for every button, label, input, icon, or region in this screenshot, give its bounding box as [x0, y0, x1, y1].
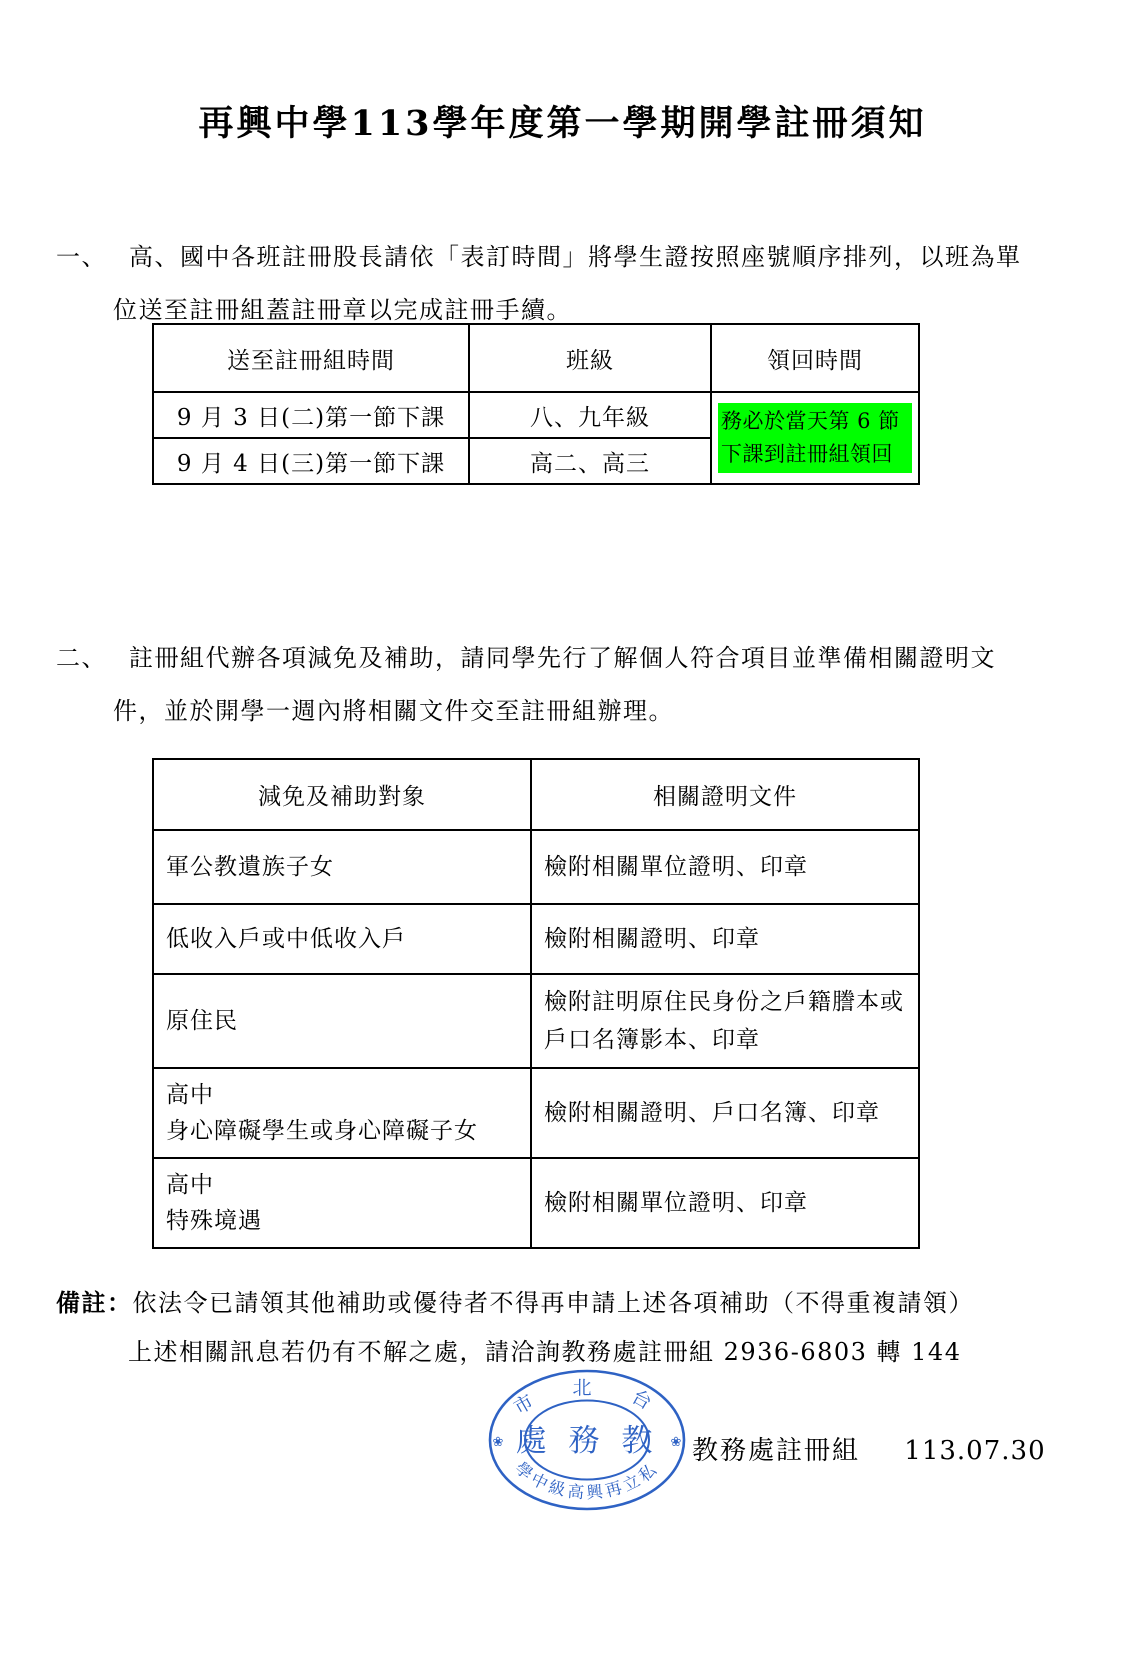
table-row: 高中 特殊境遇 檢附相關單位證明、印章	[153, 1158, 919, 1248]
table-header-row: 減免及補助對象 相關證明文件	[153, 759, 919, 830]
section-2-marker: 二、	[56, 638, 107, 673]
office-stamp: 市 北 台 處 務 教 學中級高興再立私 ❀ ❀	[486, 1368, 688, 1514]
table-row: 低收入戶或中低收入戶 檢附相關證明、印章	[153, 904, 919, 974]
table-row: 原住民 檢附註明原住民身份之戶籍謄本或 戶口名簿影本、印章	[153, 974, 919, 1068]
subsidy-target-cell: 高中 身心障礙學生或身心障礙子女	[153, 1068, 531, 1158]
required-documents-cell: 檢附註明原住民身份之戶籍謄本或 戶口名簿影本、印章	[531, 974, 919, 1068]
header-pickup-time: 領回時間	[711, 324, 919, 392]
section-2-paragraph: 二、 註冊組代辦各項減免及補助，請同學先行了解個人符合項目並準備相關證明文 件，…	[56, 638, 1076, 726]
subsidy-target-cell: 原住民	[153, 974, 531, 1068]
target-line: 特殊境遇	[166, 1203, 518, 1239]
send-time-cell: 9 月 4 日(三)第一節下課	[153, 438, 469, 484]
table-row: 9 月 3 日(二)第一節下課 八、九年級 務必於當天第 6 節 下課到註冊組領…	[153, 392, 919, 438]
doc-line: 檢附相關單位證明、印章	[544, 1185, 906, 1221]
stamp-center-text: 處 務 教	[516, 1423, 659, 1459]
send-time-cell: 9 月 3 日(二)第一節下課	[153, 392, 469, 438]
subsidy-target-cell: 低收入戶或中低收入戶	[153, 904, 531, 974]
header-required-documents: 相關證明文件	[531, 759, 919, 830]
office-stamp-icon: 市 北 台 處 務 教 學中級高興再立私 ❀ ❀	[486, 1368, 688, 1514]
table-header-row: 送至註冊組時間 班級 領回時間	[153, 324, 919, 392]
header-send-time: 送至註冊組時間	[153, 324, 469, 392]
flower-icon: ❀	[671, 1435, 682, 1450]
registration-schedule-table: 送至註冊組時間 班級 領回時間 9 月 3 日(二)第一節下課 八、九年級 務必…	[152, 323, 920, 485]
header-subsidy-target: 減免及補助對象	[153, 759, 531, 830]
doc-line: 戶口名簿影本、印章	[544, 1021, 906, 1059]
doc-line: 檢附註明原住民身份之戶籍謄本或	[544, 983, 906, 1021]
issue-date: 113.07.30	[904, 1436, 1045, 1466]
section-1-text-line-2: 位送至註冊組蓋註冊章以完成註冊手續。	[113, 290, 1076, 325]
required-documents-cell: 檢附相關單位證明、印章	[531, 830, 919, 904]
required-documents-cell: 檢附相關證明、戶口名簿、印章	[531, 1068, 919, 1158]
required-documents-cell: 檢附相關證明、印章	[531, 904, 919, 974]
target-line: 高中	[166, 1167, 518, 1203]
grade-cell: 八、九年級	[469, 392, 711, 438]
remarks-section: 備註： 依法令已請領其他補助或優待者不得再申請上述各項補助（不得重複請領） 上述…	[56, 1283, 1086, 1367]
section-1-marker: 一、	[56, 237, 107, 272]
doc-line: 檢附相關證明、印章	[544, 921, 906, 957]
table-row: 軍公教遺族子女 檢附相關單位證明、印章	[153, 830, 919, 904]
subsidy-target-cell: 軍公教遺族子女	[153, 830, 531, 904]
pickup-time-cell: 務必於當天第 6 節 下課到註冊組領回	[711, 392, 919, 484]
subsidy-target-cell: 高中 特殊境遇	[153, 1158, 531, 1248]
signature-line: 教務處註冊組 113.07.30	[692, 1430, 1046, 1467]
remarks-label: 備註：	[56, 1283, 133, 1318]
table-row: 高中 身心障礙學生或身心障礙子女 檢附相關證明、戶口名簿、印章	[153, 1068, 919, 1158]
target-line: 低收入戶或中低收入戶	[166, 921, 518, 957]
issuing-department: 教務處註冊組	[692, 1436, 860, 1466]
grade-cell: 高二、高三	[469, 438, 711, 484]
target-line: 身心障礙學生或身心障礙子女	[166, 1113, 518, 1149]
remarks-line-2: 上述相關訊息若仍有不解之處，請洽詢教務處註冊組 2936-6803 轉 144	[128, 1332, 1086, 1367]
doc-line: 檢附相關單位證明、印章	[544, 849, 906, 885]
section-1-paragraph: 一、 高、國中各班註冊股長請依「表訂時間」將學生證按照座號順序排列，以班為單 位…	[56, 237, 1076, 325]
section-2-text-line-1: 註冊組代辦各項減免及補助，請同學先行了解個人符合項目並準備相關證明文	[129, 638, 996, 673]
flower-icon: ❀	[493, 1435, 504, 1450]
section-1-text-line-1: 高、國中各班註冊股長請依「表訂時間」將學生證按照座號順序排列，以班為單	[129, 237, 1022, 272]
target-line: 高中	[166, 1077, 518, 1113]
header-class: 班級	[469, 324, 711, 392]
doc-line: 檢附相關證明、戶口名簿、印章	[544, 1095, 906, 1131]
target-line: 軍公教遺族子女	[166, 849, 518, 885]
target-line: 原住民	[166, 1002, 518, 1040]
pickup-note-line-2: 下課到註冊組領回	[721, 438, 909, 471]
document-title: 再興中學113學年度第一學期開學註冊須知	[0, 96, 1125, 146]
section-2-text-line-2: 件，並於開學一週內將相關文件交至註冊組辦理。	[113, 691, 1076, 726]
remarks-line-1: 依法令已請領其他補助或優待者不得再申請上述各項補助（不得重複請領）	[133, 1283, 975, 1318]
highlighted-pickup-note: 務必於當天第 6 節 下課到註冊組領回	[718, 403, 912, 473]
pickup-note-line-1: 務必於當天第 6 節	[721, 405, 909, 438]
document-page: 再興中學113學年度第一學期開學註冊須知 一、 高、國中各班註冊股長請依「表訂時…	[0, 0, 1125, 1661]
subsidy-table: 減免及補助對象 相關證明文件 軍公教遺族子女 檢附相關單位證明、印章 低收入戶或…	[152, 758, 920, 1249]
required-documents-cell: 檢附相關單位證明、印章	[531, 1158, 919, 1248]
